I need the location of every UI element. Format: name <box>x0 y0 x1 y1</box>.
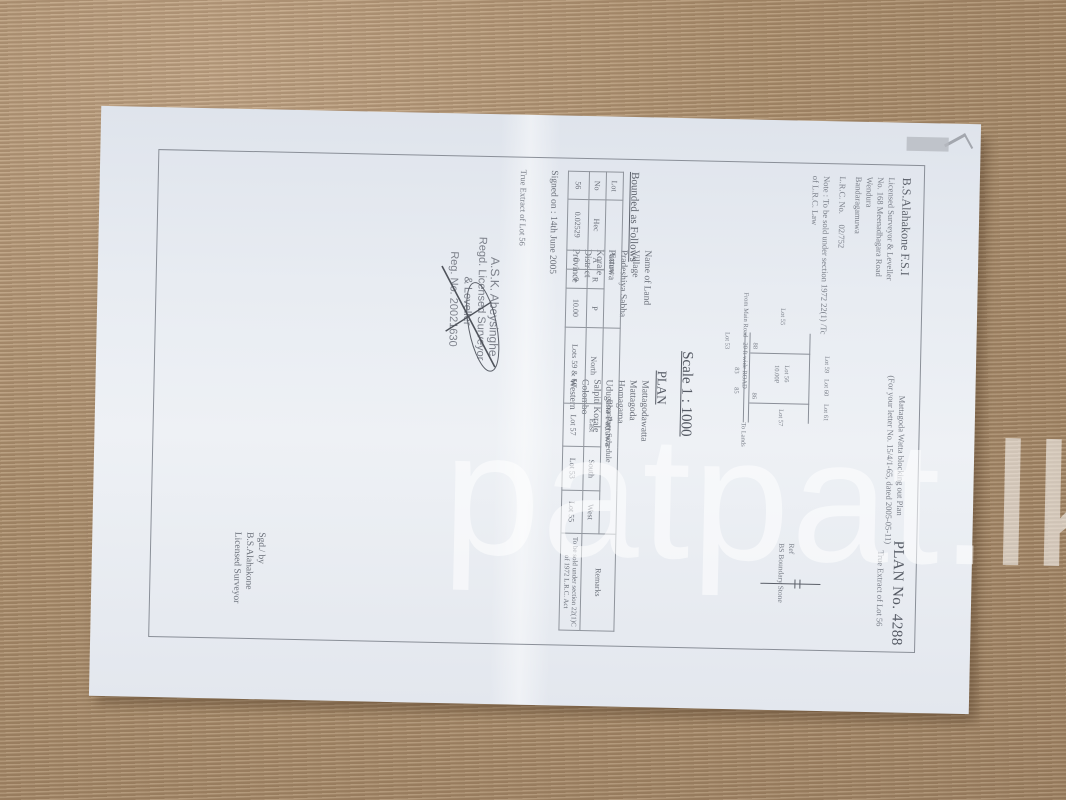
header-lot: Lot <box>606 172 624 200</box>
lot-label-56: Lot 56 <box>783 365 790 382</box>
lot-label-57: Lot 57 <box>777 409 784 426</box>
col-no: No <box>589 172 607 200</box>
col-south: South <box>583 447 601 491</box>
cell-hec: 0.02529 <box>567 199 589 250</box>
survey-plan-document: B.S.Alahakone F.S.I Licensed Surveyor & … <box>89 106 981 714</box>
detail-value-name-of-land: Mattagodawatta <box>638 380 649 441</box>
lot-label-55: Lot 55 <box>779 308 786 325</box>
plan-details: Name of Land Mattagodawatta Village Matt… <box>646 250 652 550</box>
sgd-name: B.S.Alahakone <box>243 532 254 590</box>
cell-r: 0 <box>566 270 587 289</box>
header-extent: Extent <box>603 200 623 328</box>
cell-no: 56 <box>568 171 590 199</box>
document-frame: B.S.Alahakone F.S.I Licensed Surveyor & … <box>148 149 925 653</box>
cell-south: Lot 53 <box>562 446 584 490</box>
signature-icon <box>429 246 512 398</box>
plan-scale: Scale 1 : 1000 <box>676 351 695 437</box>
plan-number: PLAN No. 4288 <box>887 540 906 646</box>
ref-boundary-stone: BS Boundary Stone <box>776 543 786 603</box>
signed-on: Signed on : 14th June 2005 <box>547 170 559 274</box>
extract-note-footer: True Extract of Lot 56 <box>517 170 529 246</box>
binding-mark <box>907 137 949 152</box>
boundary-schedule-table: Lot Extent Boundary Schedule Remarks No … <box>558 171 624 632</box>
lot-label-60: Lot 60 <box>822 379 829 396</box>
col-r: R <box>587 270 604 289</box>
schedule-title: Bounded as Follows <box>627 172 641 262</box>
col-a: A <box>587 250 604 270</box>
detail-key-name-of-land: Name of Land <box>641 250 652 305</box>
col-p: P <box>586 289 604 328</box>
from-main-road: From Main Road <box>742 292 750 337</box>
point-83: 83 <box>733 367 740 374</box>
surveyor-name: B.S.Alahakone F.S.I <box>897 178 914 276</box>
sgd-title: Licensed Surveyor <box>231 532 242 604</box>
cell-west: Lot 55 <box>561 490 583 534</box>
lot-label-61: Lot 61 <box>822 404 829 421</box>
surveyor-title: Licensed Surveyor & Leveller <box>885 177 897 280</box>
cell-a: 0 <box>566 250 587 270</box>
col-hec: Hec <box>588 199 606 250</box>
plan-heading: PLAN <box>653 370 670 404</box>
address-line-2: Wendura <box>864 177 875 208</box>
note-line-2: of L.R.C. Law <box>810 176 821 226</box>
cell-p: 10.00 <box>565 289 587 328</box>
lot-area: 10.00P <box>773 365 780 383</box>
lot-sketch: Lot 59 Lot 60 Lot 61 Lot 55 Lot 56 10.00… <box>708 292 841 455</box>
plan-title-line-1: Mattagoda Watta blocking out Plan <box>895 396 908 516</box>
lrc-label: L.R.C. No. <box>837 176 848 214</box>
address-line-3: Bandaragamuwa <box>853 177 864 234</box>
col-east: East <box>584 404 602 448</box>
ref-label: Ref <box>787 543 796 554</box>
lot-label-59: Lot 59 <box>823 356 830 373</box>
sgd-by: Sgd./ by <box>256 532 267 564</box>
lrc-value: 02/752 <box>836 224 846 248</box>
col-north: North <box>585 327 604 404</box>
point-85: 85 <box>732 387 739 394</box>
lot-label-53: Lot 53 <box>723 332 730 349</box>
detail-value-village: Mattagoda <box>627 380 638 421</box>
header-remarks: Remarks <box>580 534 616 632</box>
extract-note-header: True Extract of Lot 56 <box>875 550 887 626</box>
lrc-number: L.R.C. No. 02/752 <box>836 176 848 248</box>
cell-remarks: To be sold under section 22(1)C of 1972 … <box>559 533 582 630</box>
col-west: West <box>582 490 600 534</box>
to-lands: To Lands <box>739 422 747 446</box>
plan-title-line-2: (For your letter No. 15/4/1-65, dated 20… <box>883 375 897 544</box>
address-line-1: No. 168 Meenadhagara Road <box>874 177 886 277</box>
surveyor-stamp: A.S.K. Abeysinghe Regd. Licensed Surveyo… <box>419 226 503 408</box>
north-arrow-icon <box>760 583 820 585</box>
road-label: 20 ft wide ROAD <box>740 342 748 389</box>
cell-north: Lots 59 & 60 <box>564 327 587 404</box>
point-86: 86 <box>750 393 757 400</box>
cell-east: Lot 57 <box>563 403 585 447</box>
point-88: 88 <box>751 343 758 350</box>
